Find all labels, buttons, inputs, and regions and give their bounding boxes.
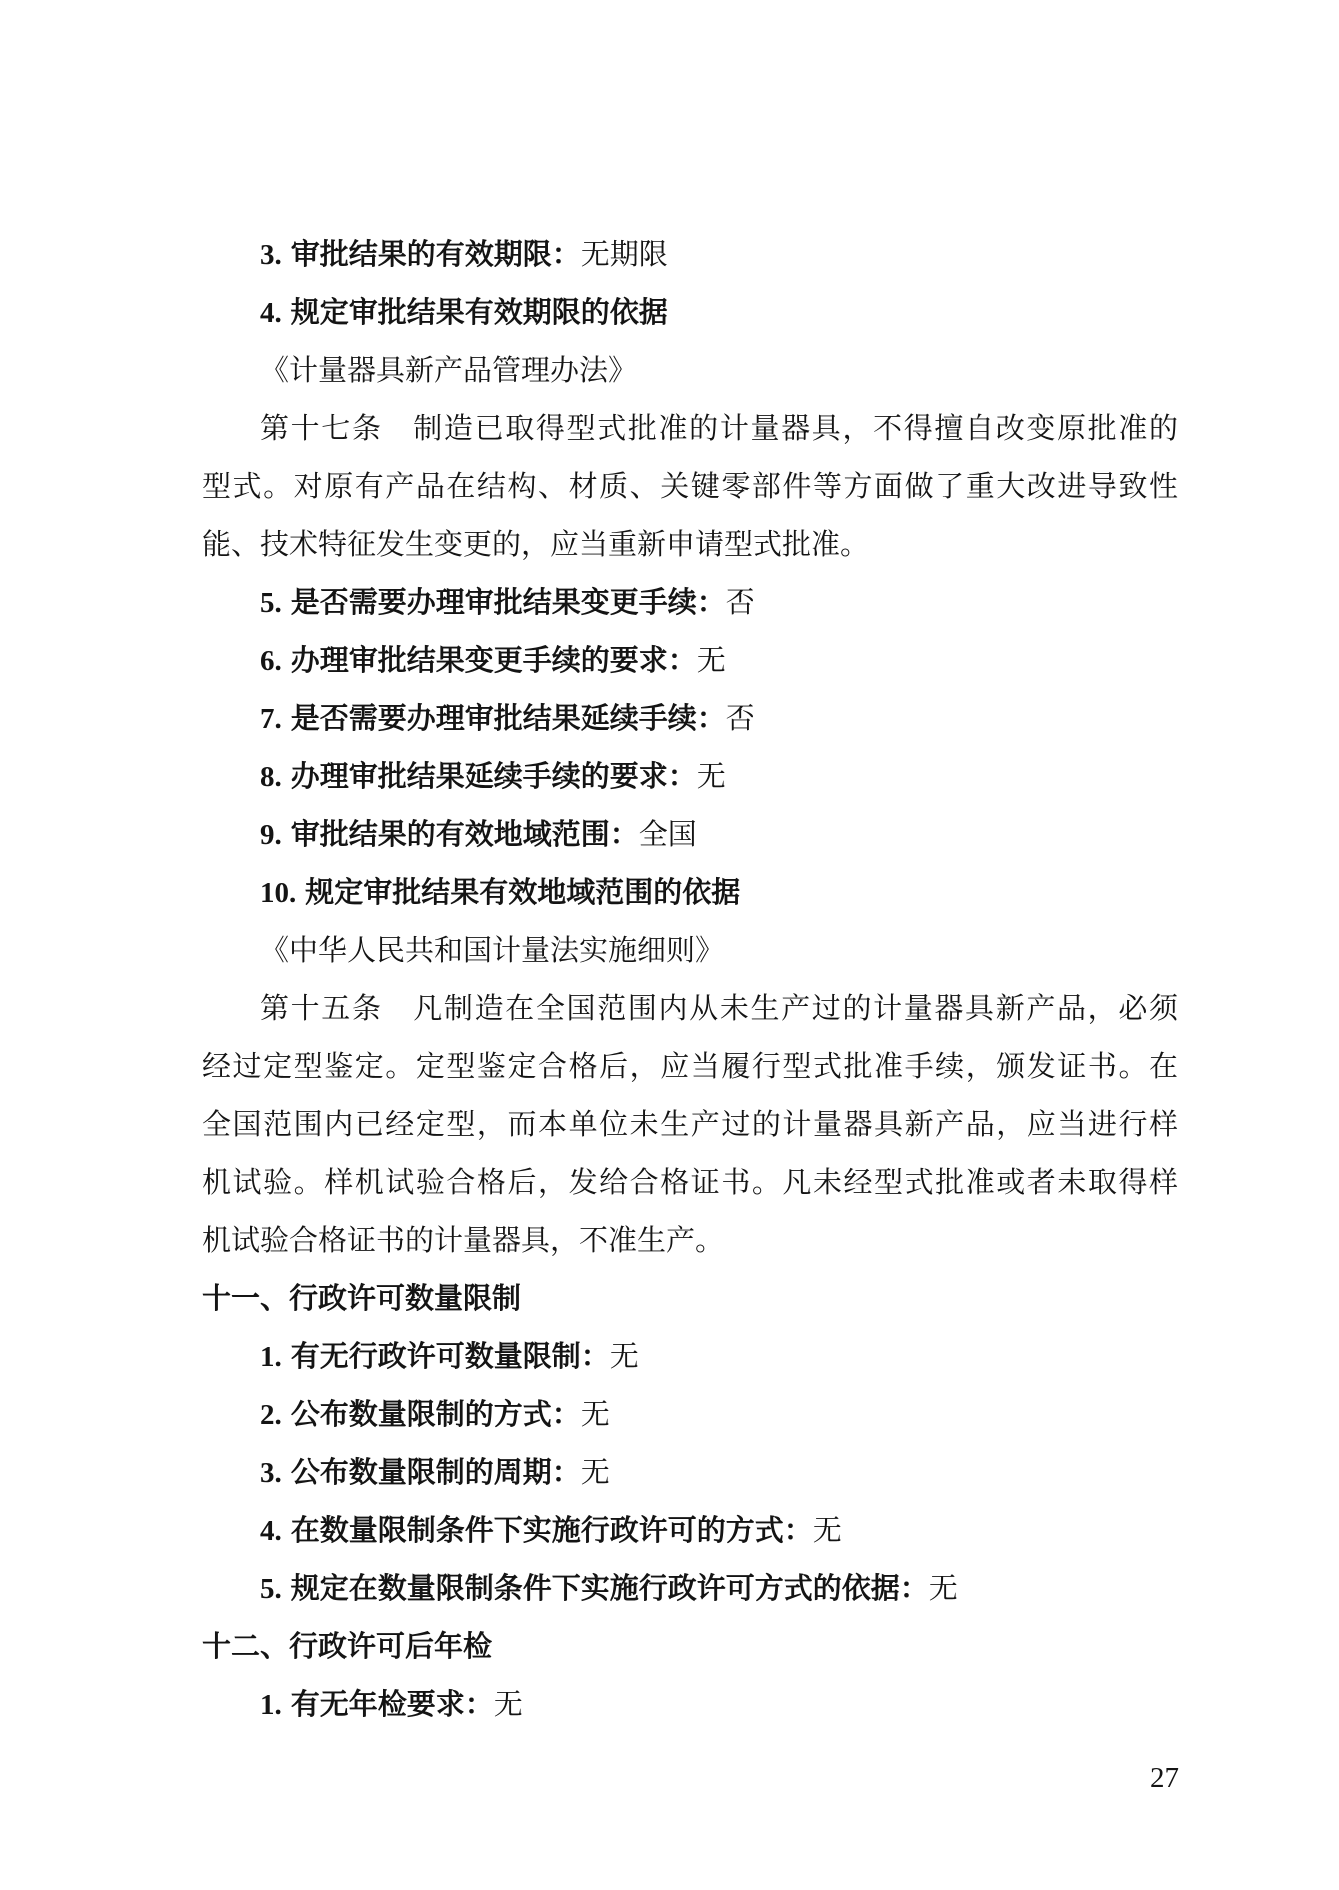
list-item-line: 7.是否需要办理审批结果延续手续：否 xyxy=(202,690,1178,748)
paragraph-line: 全国范围内已经定型，而本单位未生产过的计量器具新产品，应当进行样 xyxy=(202,1096,1178,1154)
item-value: 无 xyxy=(813,1515,842,1547)
item-label: 审批结果的有效期限： xyxy=(291,239,581,271)
item-number: 9. xyxy=(260,819,282,851)
item-value: 无 xyxy=(697,645,726,677)
paragraph-line: 型式。对原有产品在结构、材质、关键零部件等方面做了重大改进导致性 xyxy=(202,458,1178,516)
page-number: 27 xyxy=(1150,1762,1179,1794)
item-number: 7. xyxy=(260,703,282,735)
item-label: 办理审批结果变更手续的要求： xyxy=(291,645,697,677)
item-value: 否 xyxy=(726,587,755,619)
item-label: 规定审批结果有效期限的依据 xyxy=(291,297,668,329)
list-item-line: 5.规定在数量限制条件下实施行政许可方式的依据：无 xyxy=(202,1560,1178,1618)
document-page: 3.审批结果的有效期限：无期限4.规定审批结果有效期限的依据《计量器具新产品管理… xyxy=(0,0,1339,1890)
item-value: 无 xyxy=(610,1341,639,1373)
item-label: 在数量限制条件下实施行政许可的方式： xyxy=(291,1515,813,1547)
list-item-line: 1.有无年检要求：无 xyxy=(202,1676,1178,1734)
list-item-line: 6.办理审批结果变更手续的要求：无 xyxy=(202,632,1178,690)
item-label: 审批结果的有效地域范围： xyxy=(291,819,639,851)
item-number: 5. xyxy=(260,587,282,619)
item-number: 1. xyxy=(260,1341,282,1373)
item-label: 有无行政许可数量限制： xyxy=(291,1341,610,1373)
paragraph-first-line: 第十五条 凡制造在全国范围内从未生产过的计量器具新产品，必须 xyxy=(202,980,1178,1038)
paragraph-line: 机试验合格证书的计量器具，不准生产。 xyxy=(202,1212,1178,1270)
list-item-line: 8.办理审批结果延续手续的要求：无 xyxy=(202,748,1178,806)
item-number: 1. xyxy=(260,1689,282,1721)
item-number: 8. xyxy=(260,761,282,793)
list-item-line: 9.审批结果的有效地域范围：全国 xyxy=(202,806,1178,864)
item-number: 2. xyxy=(260,1399,282,1431)
item-label: 是否需要办理审批结果变更手续： xyxy=(291,587,726,619)
item-value: 否 xyxy=(726,703,755,735)
list-item-line: 3.公布数量限制的周期：无 xyxy=(202,1444,1178,1502)
item-value: 无 xyxy=(929,1573,958,1605)
item-number: 4. xyxy=(260,297,282,329)
item-value: 无 xyxy=(581,1399,610,1431)
item-value: 无 xyxy=(697,761,726,793)
paragraph-first-line: 第十七条 制造已取得型式批准的计量器具，不得擅自改变原批准的 xyxy=(202,400,1178,458)
item-value: 无 xyxy=(581,1457,610,1489)
item-value: 无期限 xyxy=(581,239,668,271)
legal-document-title: 《计量器具新产品管理办法》 xyxy=(202,342,1178,400)
item-number: 3. xyxy=(260,1457,282,1489)
paragraph-line: 能、技术特征发生变更的，应当重新申请型式批准。 xyxy=(202,516,1178,574)
list-item-line: 3.审批结果的有效期限：无期限 xyxy=(202,226,1178,284)
item-label: 公布数量限制的方式： xyxy=(291,1399,581,1431)
list-item-line: 1.有无行政许可数量限制：无 xyxy=(202,1328,1178,1386)
list-item-line: 4.在数量限制条件下实施行政许可的方式：无 xyxy=(202,1502,1178,1560)
section-heading: 十一、行政许可数量限制 xyxy=(202,1270,1178,1328)
item-label: 规定审批结果有效地域范围的依据 xyxy=(305,877,740,909)
legal-document-title: 《中华人民共和国计量法实施细则》 xyxy=(202,922,1178,980)
item-number: 6. xyxy=(260,645,282,677)
item-label: 办理审批结果延续手续的要求： xyxy=(291,761,697,793)
list-item-line: 10.规定审批结果有效地域范围的依据 xyxy=(202,864,1178,922)
list-item-line: 4.规定审批结果有效期限的依据 xyxy=(202,284,1178,342)
item-number: 4. xyxy=(260,1515,282,1547)
item-label: 是否需要办理审批结果延续手续： xyxy=(291,703,726,735)
item-number: 10. xyxy=(260,877,296,909)
paragraph-line: 经过定型鉴定。定型鉴定合格后，应当履行型式批准手续，颁发证书。在 xyxy=(202,1038,1178,1096)
item-label: 公布数量限制的周期： xyxy=(291,1457,581,1489)
paragraph-line: 机试验。样机试验合格后，发给合格证书。凡未经型式批准或者未取得样 xyxy=(202,1154,1178,1212)
section-heading: 十二、行政许可后年检 xyxy=(202,1618,1178,1676)
item-value: 无 xyxy=(494,1689,523,1721)
list-item-line: 2.公布数量限制的方式：无 xyxy=(202,1386,1178,1444)
item-value: 全国 xyxy=(639,819,697,851)
document-body: 3.审批结果的有效期限：无期限4.规定审批结果有效期限的依据《计量器具新产品管理… xyxy=(202,226,1178,1734)
list-item-line: 5.是否需要办理审批结果变更手续：否 xyxy=(202,574,1178,632)
item-label: 规定在数量限制条件下实施行政许可方式的依据： xyxy=(291,1573,929,1605)
item-number: 5. xyxy=(260,1573,282,1605)
item-number: 3. xyxy=(260,239,282,271)
item-label: 有无年检要求： xyxy=(291,1689,494,1721)
